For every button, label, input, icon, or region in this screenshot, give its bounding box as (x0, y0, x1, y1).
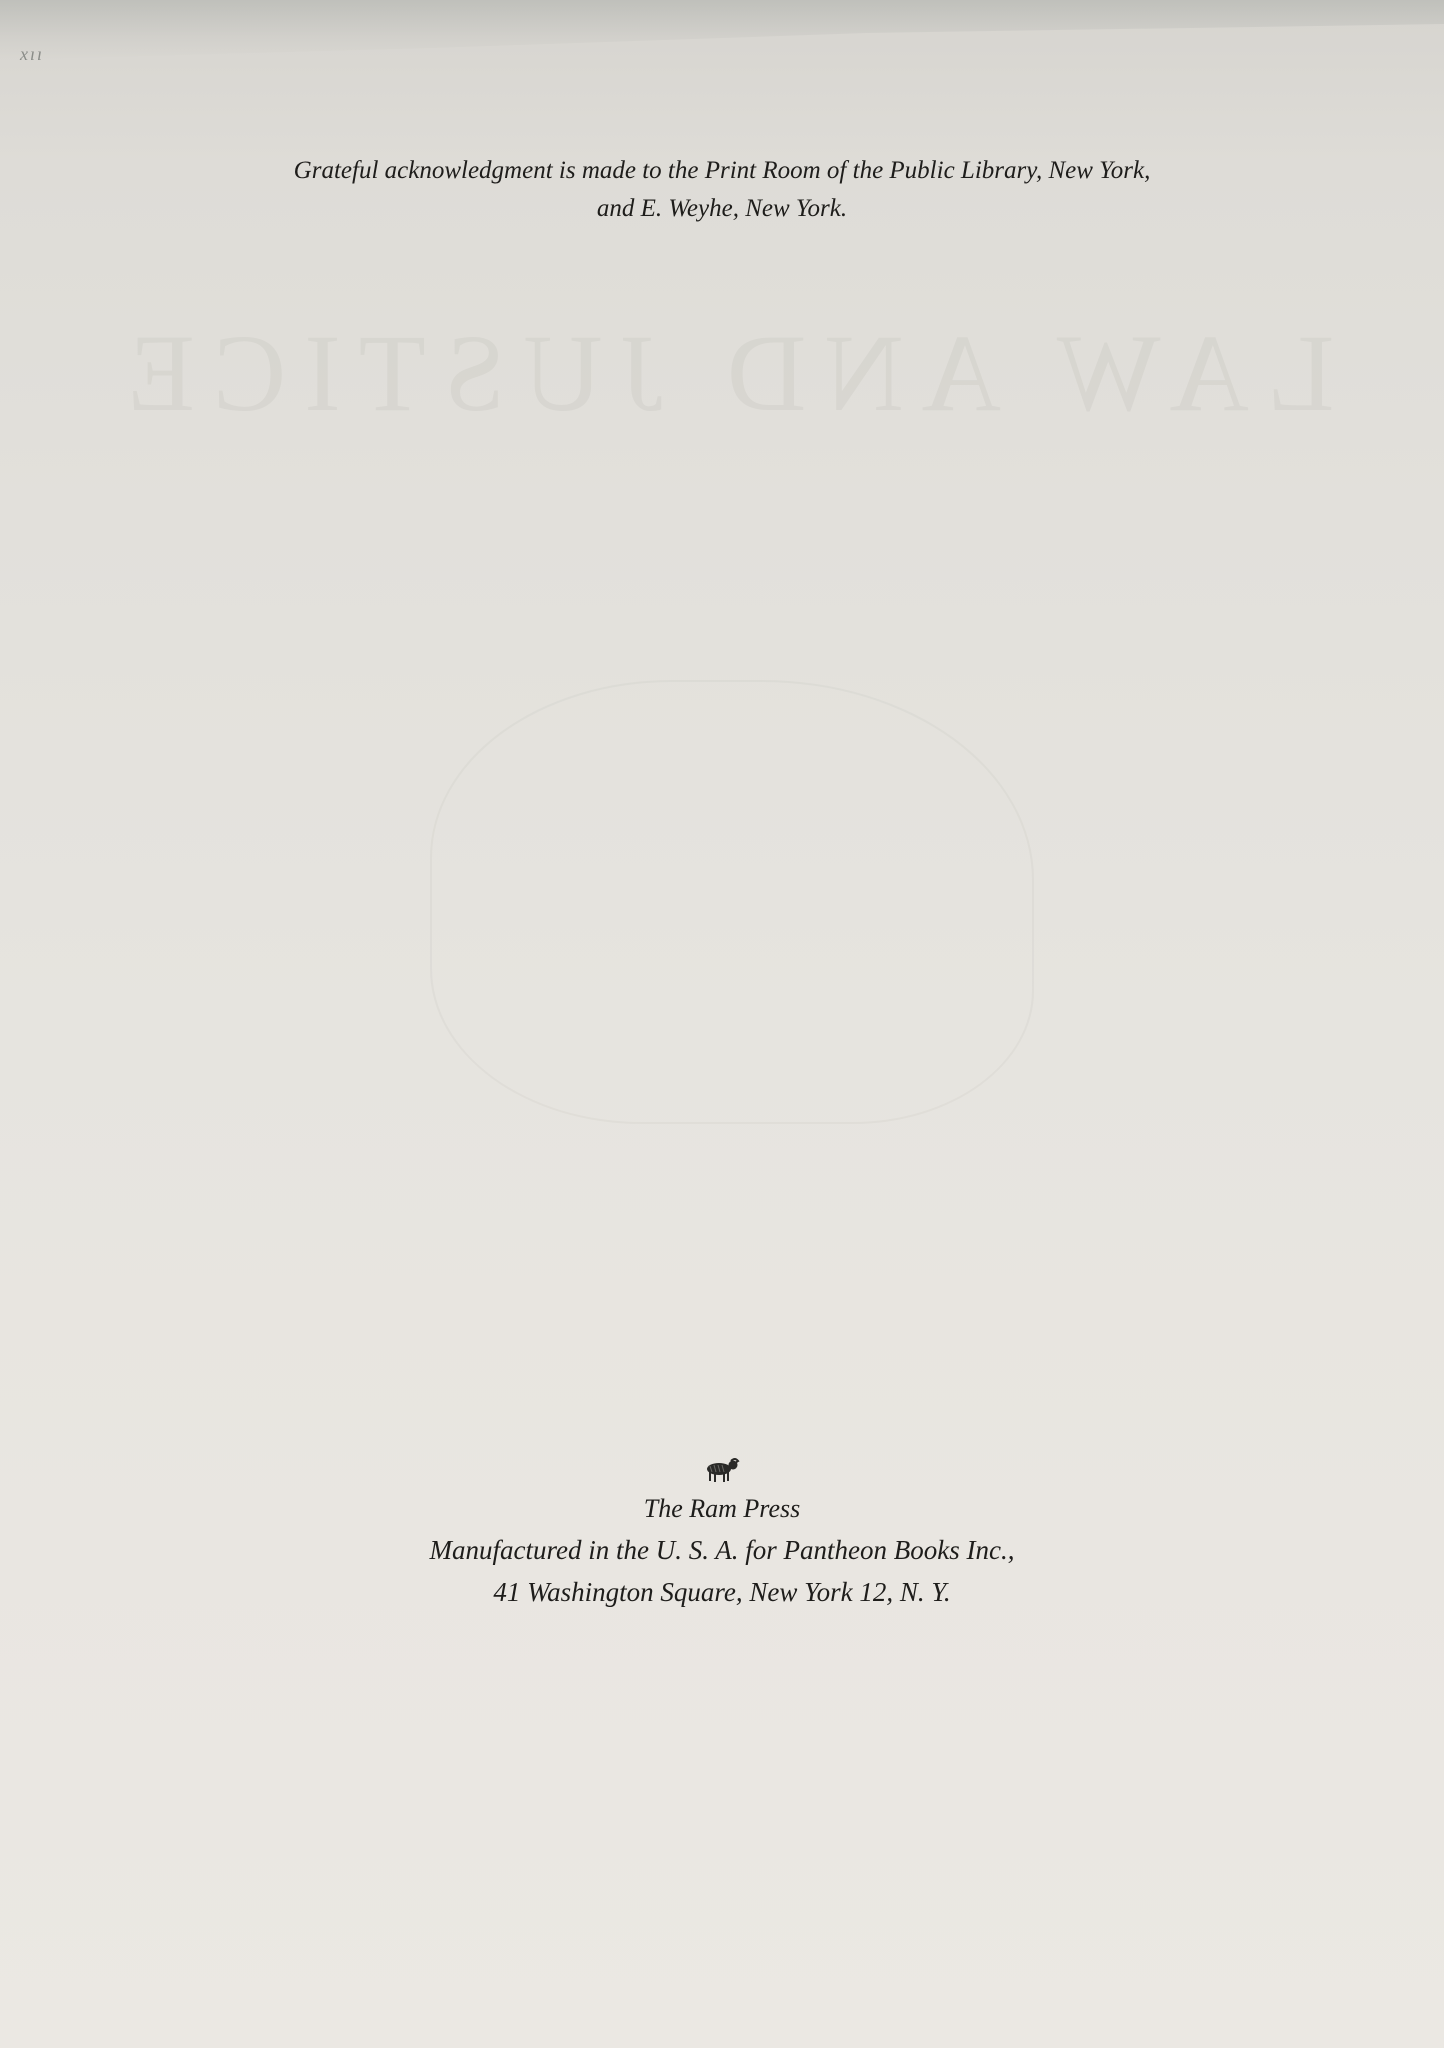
press-name: The Ram Press (0, 1489, 1444, 1529)
acknowledgment-line-1: Grateful acknowledgment is made to the P… (0, 152, 1444, 190)
corner-mark: xıı (20, 44, 44, 65)
address-line: 41 Washington Square, New York 12, N. Y. (0, 1571, 1444, 1613)
colophon: The Ram Press Manufactured in the U. S. … (0, 1456, 1444, 1613)
bleed-through-title: LAW AND JUSTICE (0, 310, 1444, 437)
bleed-through-illustration (430, 680, 1034, 1124)
ram-icon (702, 1456, 742, 1484)
acknowledgment: Grateful acknowledgment is made to the P… (0, 152, 1444, 228)
document-page: xıı LAW AND JUSTICE Grateful acknowledgm… (0, 0, 1444, 2048)
manufacturer-line: Manufactured in the U. S. A. for Pantheo… (0, 1529, 1444, 1571)
acknowledgment-line-2: and E. Weyhe, New York. (0, 190, 1444, 228)
scan-shadow (0, 0, 1444, 60)
